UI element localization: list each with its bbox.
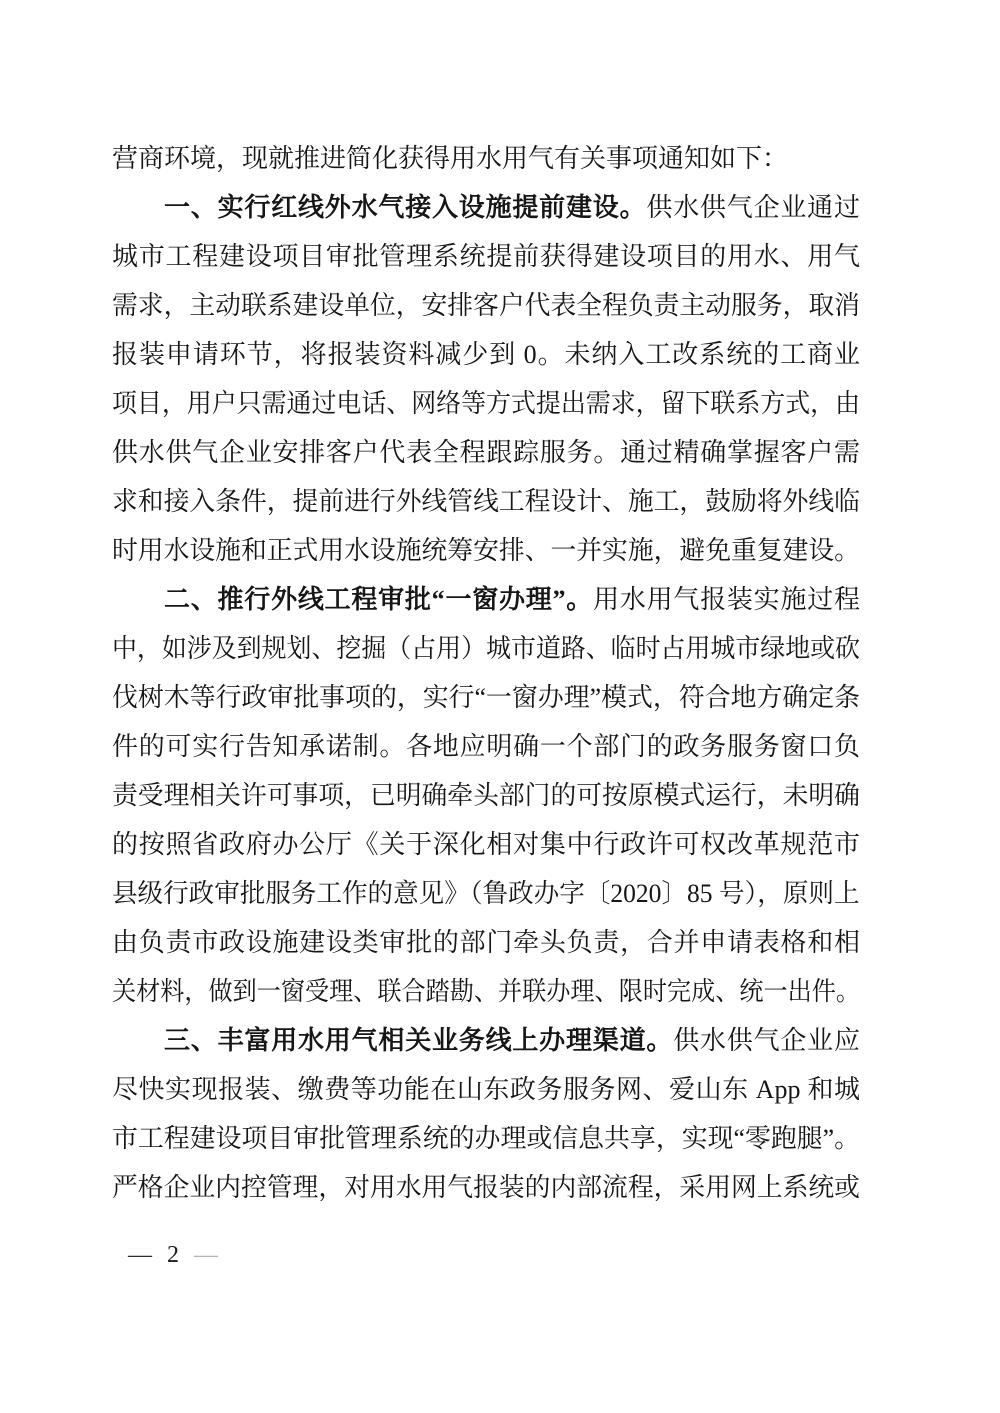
- text-line: 县级行政审批服务工作的意见》（鲁政办字〔2020〕85 号），原则上: [112, 869, 847, 918]
- text-line: 供水供气企业安排客户代表全程跟踪服务。通过精确掌握客户需: [112, 428, 860, 477]
- document-body: 营商环境，现就推进简化获得用水用气有关事项通知如下： 一、实行红线外水气接入设施…: [112, 134, 860, 1212]
- page-footer: — 2 —: [128, 1240, 218, 1270]
- text-line: 营商环境，现就推进简化获得用水用气有关事项通知如下：: [112, 134, 860, 183]
- document-page: 营商环境，现就推进简化获得用水用气有关事项通知如下： 一、实行红线外水气接入设施…: [0, 0, 1000, 1413]
- text-run: 用水用气报装实施过程: [593, 585, 860, 614]
- text-line: 伐树木等行政审批事项的，实行“一窗办理”模式，符合地方确定条: [112, 673, 857, 722]
- page-number: 2: [167, 1240, 179, 1270]
- section-heading-3: 三、丰富用水用气相关业务线上办理渠道。: [164, 1026, 673, 1055]
- text-line: 的按照省政府办公厅《关于深化相对集中行政许可权改革规范市: [112, 820, 860, 869]
- text-run: 供水供气企业通过: [646, 193, 860, 222]
- text-line: 需求，主动联系建设单位，安排客户代表全程负责主动服务，取消: [112, 281, 854, 330]
- footer-dash-left: —: [128, 1240, 152, 1270]
- section-heading-2: 二、推行外线工程审批“一窗办理”。: [164, 585, 593, 614]
- text-line: 件的可实行告知承诺制。各地应明确一个部门的政务服务窗口负: [112, 722, 860, 771]
- text-line: 二、推行外线工程审批“一窗办理”。用水用气报装实施过程: [112, 575, 860, 624]
- text-run: 供水供气企业应: [673, 1026, 860, 1055]
- text-line: 尽快实现报装、缴费等功能在山东政务服务网、爱山东 App 和城: [112, 1065, 860, 1114]
- text-line: 一、实行红线外水气接入设施提前建设。供水供气企业通过: [112, 183, 860, 232]
- text-line: 报装申请环节，将报装资料减少到 0。未纳入工改系统的工商业: [112, 330, 860, 379]
- text-line: 项目，用户只需通过电话、网络等方式提出需求，留下联系方式，由: [112, 379, 829, 428]
- text-line: 时用水设施和正式用水设施统筹安排、一并实施，避免重复建设。: [112, 526, 854, 575]
- text-line: 城市工程建设项目审批管理系统提前获得建设项目的用水、用气: [112, 232, 860, 281]
- text-line: 求和接入条件，提前进行外线管线工程设计、施工，鼓励将外线临: [112, 477, 854, 526]
- text-line: 严格企业内控管理，对用水用气报装的内部流程，采用网上系统或: [112, 1163, 854, 1212]
- text-line: 三、丰富用水用气相关业务线上办理渠道。供水供气企业应: [112, 1016, 860, 1065]
- text-line: 责受理相关许可事项，已明确牵头部门的可按原模式运行，未明确: [112, 771, 854, 820]
- text-line: 由负责市政设施建设类审批的部门牵头负责，合并申请表格和相: [112, 918, 860, 967]
- text-line: 中，如涉及到规划、挖掘（占用）城市道路、临时占用城市绿地或砍: [112, 624, 829, 673]
- text-line: 关材料，做到一窗受理、联合踏勘、并联办理、限时完成、统一出件。: [112, 967, 806, 1016]
- footer-dash-right: —: [194, 1240, 218, 1270]
- text-line: 市工程建设项目审批管理系统的办理或信息共享，实现“零跑腿”。: [112, 1114, 857, 1163]
- section-heading-1: 一、实行红线外水气接入设施提前建设。: [164, 193, 646, 222]
